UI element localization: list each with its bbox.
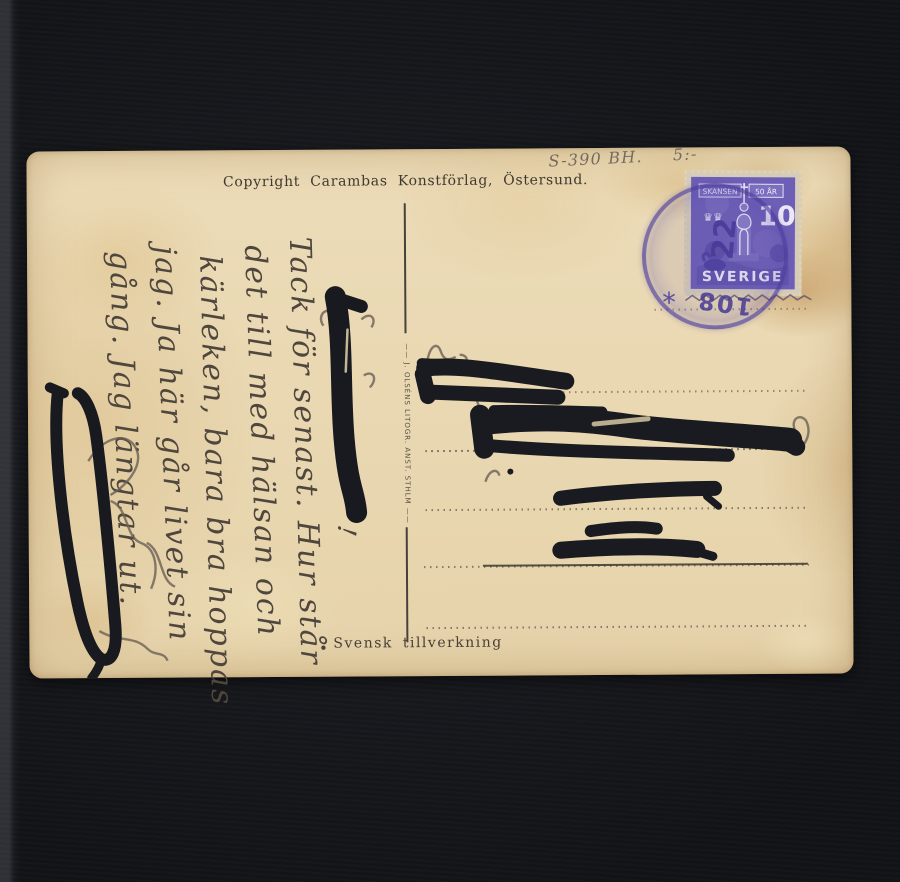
dealer-pencil-note: S-390 BH. 5:- (548, 144, 698, 170)
postcard-back: Copyright Carambas Konstförlag, Östersun… (26, 146, 853, 678)
center-divider-bottom (406, 527, 408, 642)
postmark-cancel: 22 * 108 (642, 183, 789, 330)
postmark-code: 108 (695, 286, 754, 321)
redaction-address-4 (561, 527, 713, 558)
pencil-address-remnants (428, 344, 809, 482)
redaction-address-3 (560, 488, 718, 507)
center-divider-top (404, 203, 406, 333)
photo-mat: Copyright Carambas Konstförlag, Östersun… (0, 0, 900, 882)
address-line-5 (426, 625, 809, 629)
printer-imprint: —— J. OLSÉNS LITOGR. ANST. STHLM —— (397, 343, 412, 517)
catalog-number: S-390 BH. (548, 147, 643, 171)
address-line-2 (425, 448, 808, 452)
price-note: 5:- (672, 144, 697, 164)
postmark-day: 22 (705, 216, 744, 261)
copyright-line: Copyright Carambas Konstförlag, Östersun… (27, 171, 785, 192)
postmark-star: * (662, 288, 676, 319)
svg-text:50 ÅR: 50 ÅR (755, 187, 777, 196)
ink-dot (507, 469, 513, 475)
address-line-3 (426, 507, 809, 511)
address-line-1 (425, 390, 808, 394)
handwritten-message: Tack för senast. Hur står det till med h… (97, 230, 370, 672)
